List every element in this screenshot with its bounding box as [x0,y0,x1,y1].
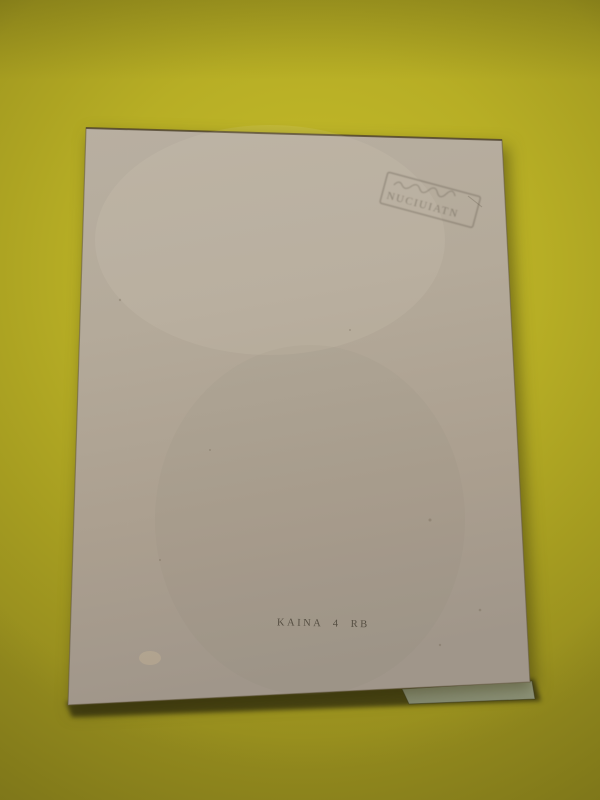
price-label: KAINA 4 RB [277,617,370,630]
cover-stain [139,651,161,665]
cover-mottling [155,345,465,695]
cover-sheen [95,125,445,355]
photo-of-book-on-yellow-background: NUCIUIATN KAINA 4 RB [0,0,600,800]
book-back-cover-scene: NUCIUIATN KAINA 4 RB [0,0,600,800]
